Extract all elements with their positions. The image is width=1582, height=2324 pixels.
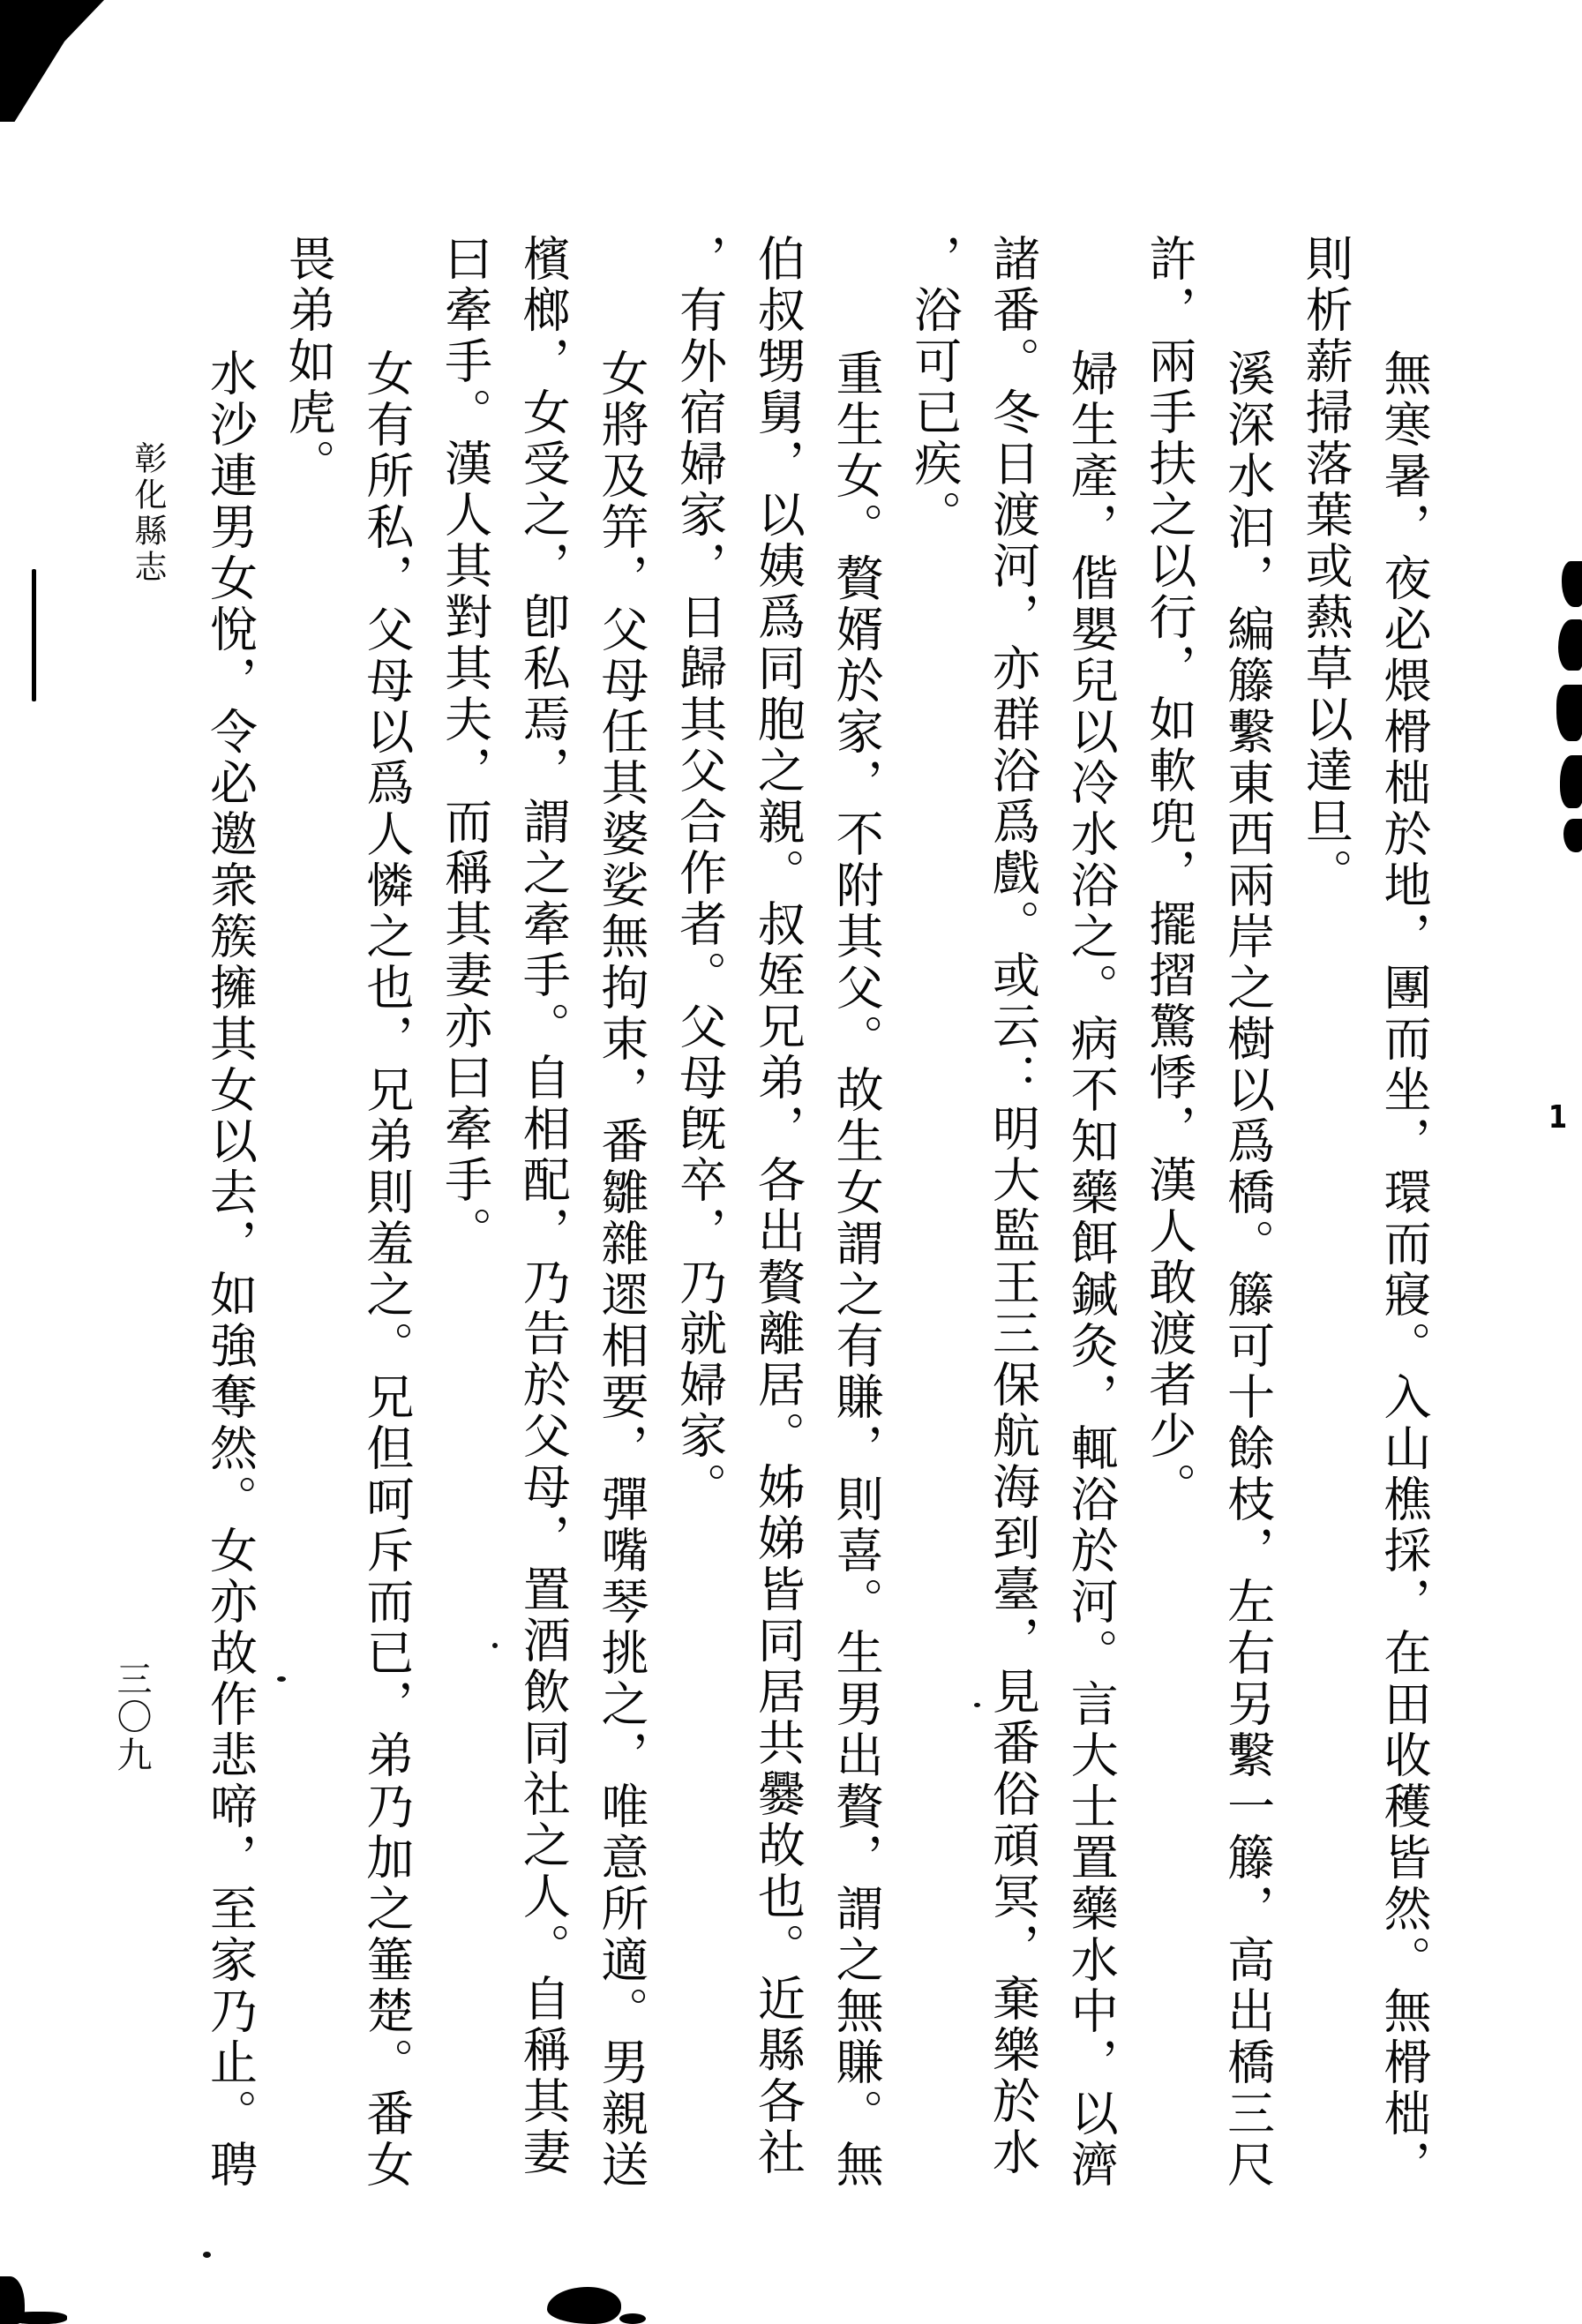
smudge-blob — [1563, 819, 1582, 852]
smudge-blob — [1560, 755, 1582, 808]
scanned-page: 無寒暑，夜必煨榾柮於地，團而坐，環而寢。入山樵採，在田收穫皆然。無榾柮， 則析薪… — [0, 0, 1582, 2324]
text-column-9: 伯叔甥舅，以姨爲同胞之親。叔姪兄弟，各出贅離居。姊娣皆同居共爨故也。近縣各社 — [739, 234, 817, 2228]
scan-artifact-left-line — [32, 569, 36, 701]
text-column-3: 溪深水汩，編籐繫東西兩岸之樹以爲橋。籐可十餘枝，左右另繫一籐，高出橋三尺 — [1208, 234, 1286, 2228]
text-column-11: 女將及笄，父母任其婆娑無拘束，番雛雜遝相要，彈嘴琴挑之，唯意所適。男親送 — [581, 234, 660, 2228]
scan-artifact-ink-blob — [619, 2313, 646, 2324]
text-column-13: 曰牽手。漢人其對其夫，而稱其妻亦曰牽手。 — [425, 234, 504, 2228]
smudge-blob — [1558, 619, 1582, 671]
scan-artifact-bottom-left — [11, 2312, 67, 2324]
book-title: 彰化縣志 — [124, 441, 171, 586]
text-column-6: 諸番。冬日渡河，亦群浴爲戲。或云：明大監王三保航海到臺，見番俗頑冥，棄樂於水 — [973, 234, 1052, 2228]
text-block: 無寒暑，夜必煨榾柮於地，團而坐，環而寢。入山樵採，在田收穫皆然。無榾柮， 則析薪… — [191, 234, 1443, 2228]
text-column-4: 許，兩手扶之以行，如軟兜，擺摺驚悸，漢人敢渡者少。 — [1129, 234, 1208, 2228]
scan-artifact-speck — [974, 1703, 980, 1707]
scan-artifact-speck — [492, 1643, 498, 1648]
scan-artifact-speck — [203, 2252, 211, 2258]
scan-artifact-smudged-header — [1556, 561, 1582, 852]
text-column-15: 畏弟如虎。 — [268, 234, 347, 2228]
text-column-5: 婦生產，偕嬰兒以冷水浴之。病不知藥餌鍼灸，輒浴於河。言大士置藥水中，以濟 — [1051, 234, 1129, 2228]
scan-artifact-ink-blob — [547, 2287, 621, 2324]
text-column-12: 檳榔，女受之，卽私焉，謂之牽手。自相配，乃告於父母，置酒飲同社之人。自稱其妻 — [504, 234, 582, 2228]
text-column-10: ，有外宿婦家，日歸其父合作者。父母旣卒，乃就婦家。 — [660, 234, 739, 2228]
text-column-14: 女有所私，父母以爲人憐之也，兄弟則羞之。兄但呵斥而已，弟乃加之箠楚。番女 — [347, 234, 425, 2228]
text-column-7: ，浴可已疾。 — [895, 234, 973, 2228]
smudge-blob — [1562, 561, 1582, 607]
page-number: 三〇九 — [107, 1661, 157, 1774]
smudge-blob — [1556, 685, 1582, 741]
text-column-16: 水沙連男女悅，令必邀衆簇擁其女以去，如強奪然。女亦故作悲啼，至家乃止。聘 — [191, 234, 269, 2228]
edge-mark: 1 — [1548, 1099, 1567, 1136]
scan-artifact-corner-wedge — [0, 0, 104, 122]
text-column-1: 無寒暑，夜必煨榾柮於地，團而坐，環而寢。入山樵採，在田收穫皆然。無榾柮， — [1364, 234, 1443, 2228]
scan-artifact-speck — [277, 1676, 286, 1682]
text-column-8: 重生女。贅婿於家，不附其父。故生女謂之有賺，則喜。生男出贅，謂之無賺。無 — [816, 234, 895, 2228]
text-column-2: 則析薪掃落葉或爇草以達旦。 — [1286, 234, 1365, 2228]
